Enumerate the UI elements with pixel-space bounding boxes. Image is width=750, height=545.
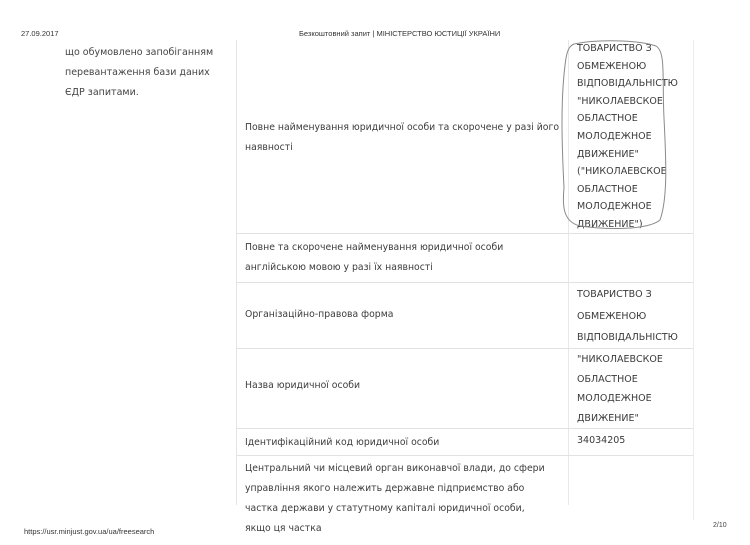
value-line: МОЛОДЕЖНОЕ	[577, 128, 678, 146]
value-line: ОБМЕЖЕНОЮ	[577, 58, 678, 76]
row-value: 34034205	[577, 430, 625, 452]
left-note-line: ЄДР запитами.	[65, 83, 213, 103]
value-line: 34034205	[577, 430, 625, 452]
table-row-legal-form: Організаційно-правова форма ТОВАРИСТВО З…	[236, 283, 693, 348]
value-line: ДВИЖЕНИЕ"	[577, 409, 663, 429]
value-line: ТОВАРИСТВО З	[577, 284, 678, 306]
value-line: ДВИЖЕНИЕ")	[577, 216, 678, 234]
table-row-id-code: Ідентифікаційний код юридичної особи 340…	[236, 429, 693, 455]
row-label: Організаційно-правова форма	[245, 305, 565, 325]
value-line: МОЛОДЕЖНОЕ	[577, 389, 663, 409]
value-line: ВІДПОВІДАЛЬНІСТЮ	[577, 75, 678, 93]
value-line: ("НИКОЛАЕВСКОЕ	[577, 163, 678, 181]
table-row-english-name: Повне та скорочене найменування юридично…	[236, 234, 693, 282]
print-footer-url: https://usr.minjust.gov.ua/ua/freesearch	[24, 527, 154, 536]
row-label: Центральний чи місцевий орган виконавчої…	[245, 459, 545, 539]
value-line: "НИКОЛАЕВСКОЕ	[577, 93, 678, 111]
table-right-border	[693, 40, 694, 520]
row-label: Повне найменування юридичної особи та ск…	[245, 118, 565, 158]
value-line: ДВИЖЕНИЕ"	[577, 146, 678, 164]
print-footer-page: 2/10	[713, 522, 727, 529]
left-note-line: що обумовлено запобіганням	[65, 43, 213, 63]
row-label: Ідентифікаційний код юридичної особи	[245, 433, 565, 453]
print-header-title: Безкоштовний запит | МІНІСТЕРСТВО ЮСТИЦІ…	[299, 29, 500, 38]
left-note-line: перевантаження бази даних	[65, 63, 213, 83]
row-label: Назва юридичної особи	[245, 376, 565, 396]
value-line: МОЛОДЕЖНОЕ	[577, 198, 678, 216]
value-line: "НИКОЛАЕВСКОЕ	[577, 350, 663, 370]
row-label: Повне та скорочене найменування юридично…	[245, 238, 565, 278]
value-line: ОБЛАСТНОЕ	[577, 110, 678, 128]
row-value: ТОВАРИСТВО З ОБМЕЖЕНОЮ ВІДПОВІДАЛЬНІСТЮ	[577, 284, 678, 349]
row-value: ТОВАРИСТВО З ОБМЕЖЕНОЮ ВІДПОВІДАЛЬНІСТЮ …	[577, 40, 678, 234]
row-value: "НИКОЛАЕВСКОЕ ОБЛАСТНОЕ МОЛОДЕЖНОЕ ДВИЖЕ…	[577, 350, 663, 428]
table-row-full-name: Повне найменування юридичної особи та ск…	[236, 40, 693, 233]
value-line: ТОВАРИСТВО З	[577, 40, 678, 58]
table-row-governing-body: Центральний чи місцевий орган виконавчої…	[236, 456, 693, 506]
value-line: ОБЛАСТНОЕ	[577, 181, 678, 199]
left-note: що обумовлено запобіганням перевантаженн…	[65, 43, 213, 103]
print-header-date: 27.09.2017	[21, 29, 59, 38]
table-row-entity-name: Назва юридичної особи "НИКОЛАЕВСКОЕ ОБЛА…	[236, 349, 693, 428]
value-line: ОБЛАСТНОЕ	[577, 370, 663, 390]
value-line: ОБМЕЖЕНОЮ	[577, 306, 678, 328]
value-line: ВІДПОВІДАЛЬНІСТЮ	[577, 327, 678, 349]
